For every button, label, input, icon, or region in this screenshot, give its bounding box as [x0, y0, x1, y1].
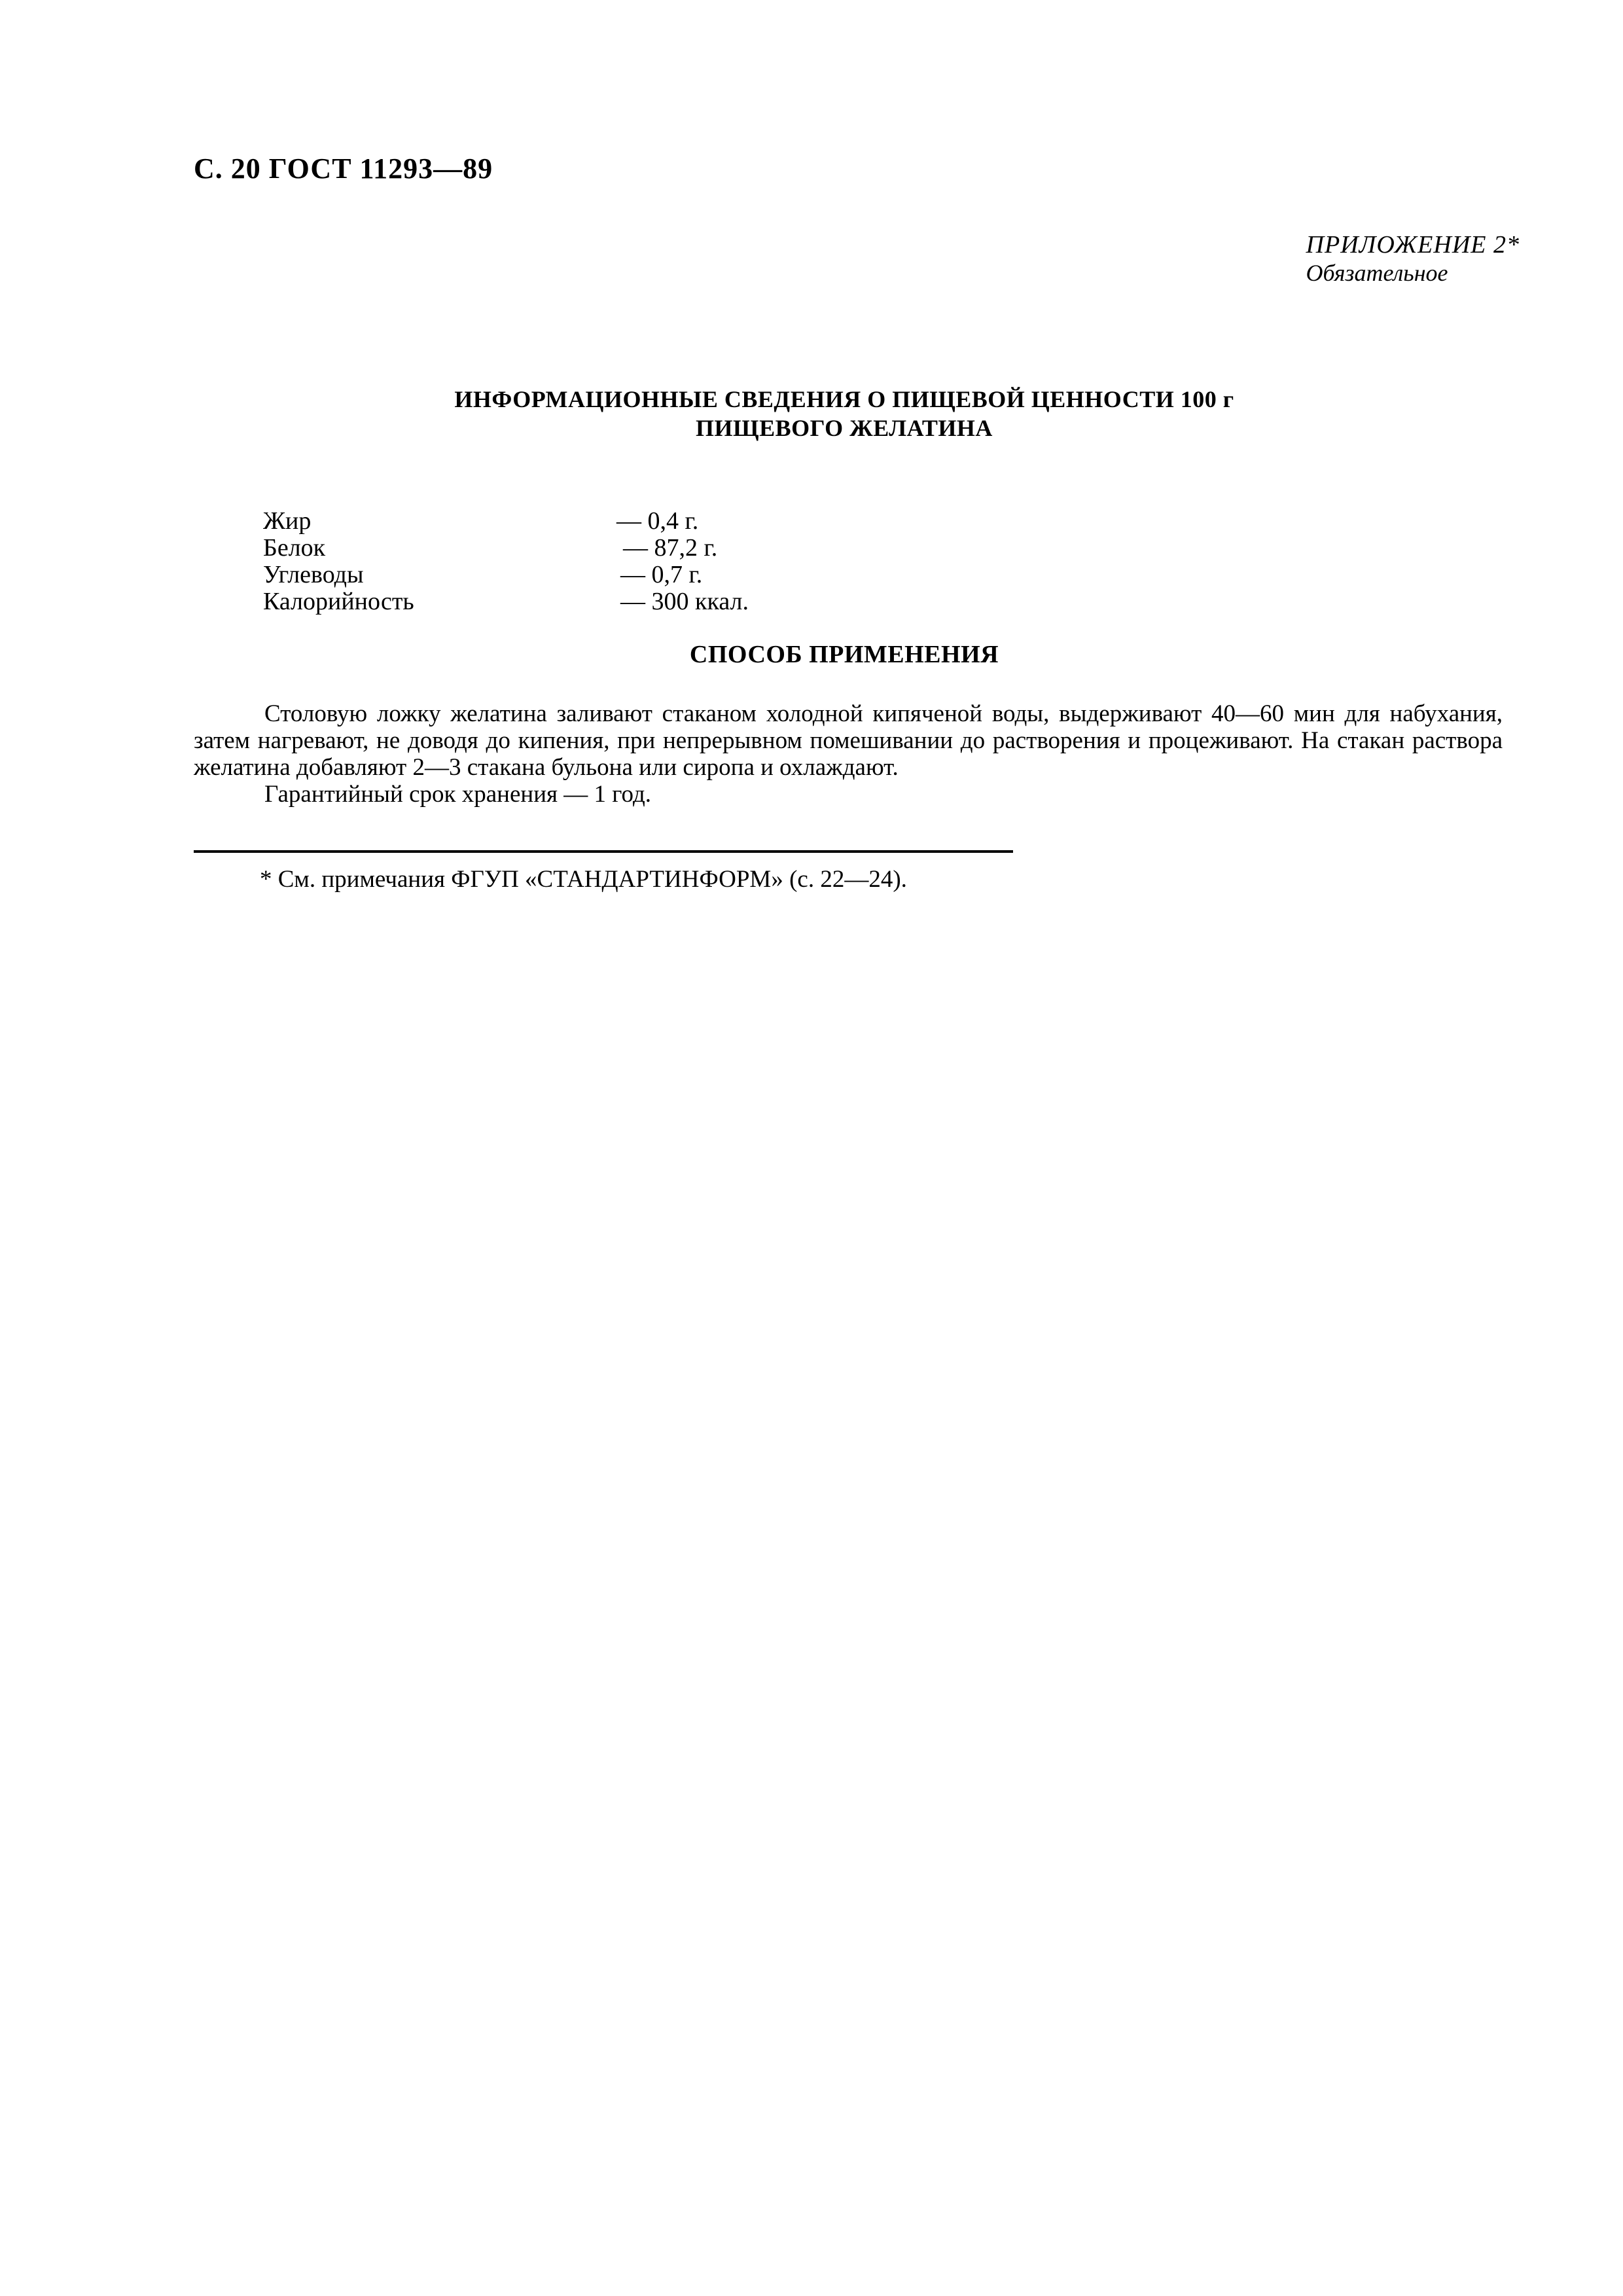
appendix-label: ПРИЛОЖЕНИЕ 2*: [1306, 230, 1520, 259]
nutrient-value: — 0,7 г.: [620, 562, 702, 588]
nutrient-label: Жир: [263, 508, 311, 535]
nutrient-value: — 300 ккал.: [620, 588, 749, 615]
nutrient-value: — 0,4 г.: [616, 508, 698, 535]
nutrient-label: Белок: [263, 535, 325, 562]
footnote-divider: [194, 850, 1013, 853]
usage-text: Столовую ложку желатина заливают стакано…: [194, 700, 1503, 808]
page-header: С. 20 ГОСТ 11293—89: [194, 152, 493, 185]
nutrient-value: — 87,2 г.: [623, 535, 717, 562]
usage-paragraph: Столовую ложку желатина заливают стакано…: [194, 700, 1503, 781]
usage-heading: СПОСОБ ПРИМЕНЕНИЯ: [196, 640, 1492, 669]
document-title: ИНФОРМАЦИОННЫЕ СВЕДЕНИЯ О ПИЩЕВОЙ ЦЕННОС…: [196, 385, 1492, 442]
title-line-2: ПИЩЕВОГО ЖЕЛАТИНА: [196, 414, 1492, 442]
nutrient-label: Калорийность: [263, 588, 414, 615]
title-line-1: ИНФОРМАЦИОННЫЕ СВЕДЕНИЯ О ПИЩЕВОЙ ЦЕННОС…: [196, 385, 1492, 414]
appendix-status: Обязательное: [1306, 259, 1520, 287]
footnote: * См. примечания ФГУП «СТАНДАРТИНФОРМ» (…: [260, 865, 907, 893]
appendix-label-block: ПРИЛОЖЕНИЕ 2* Обязательное: [1306, 230, 1520, 287]
nutrient-label: Углеводы: [263, 562, 364, 588]
storage-paragraph: Гарантийный срок хранения — 1 год.: [194, 781, 1503, 808]
